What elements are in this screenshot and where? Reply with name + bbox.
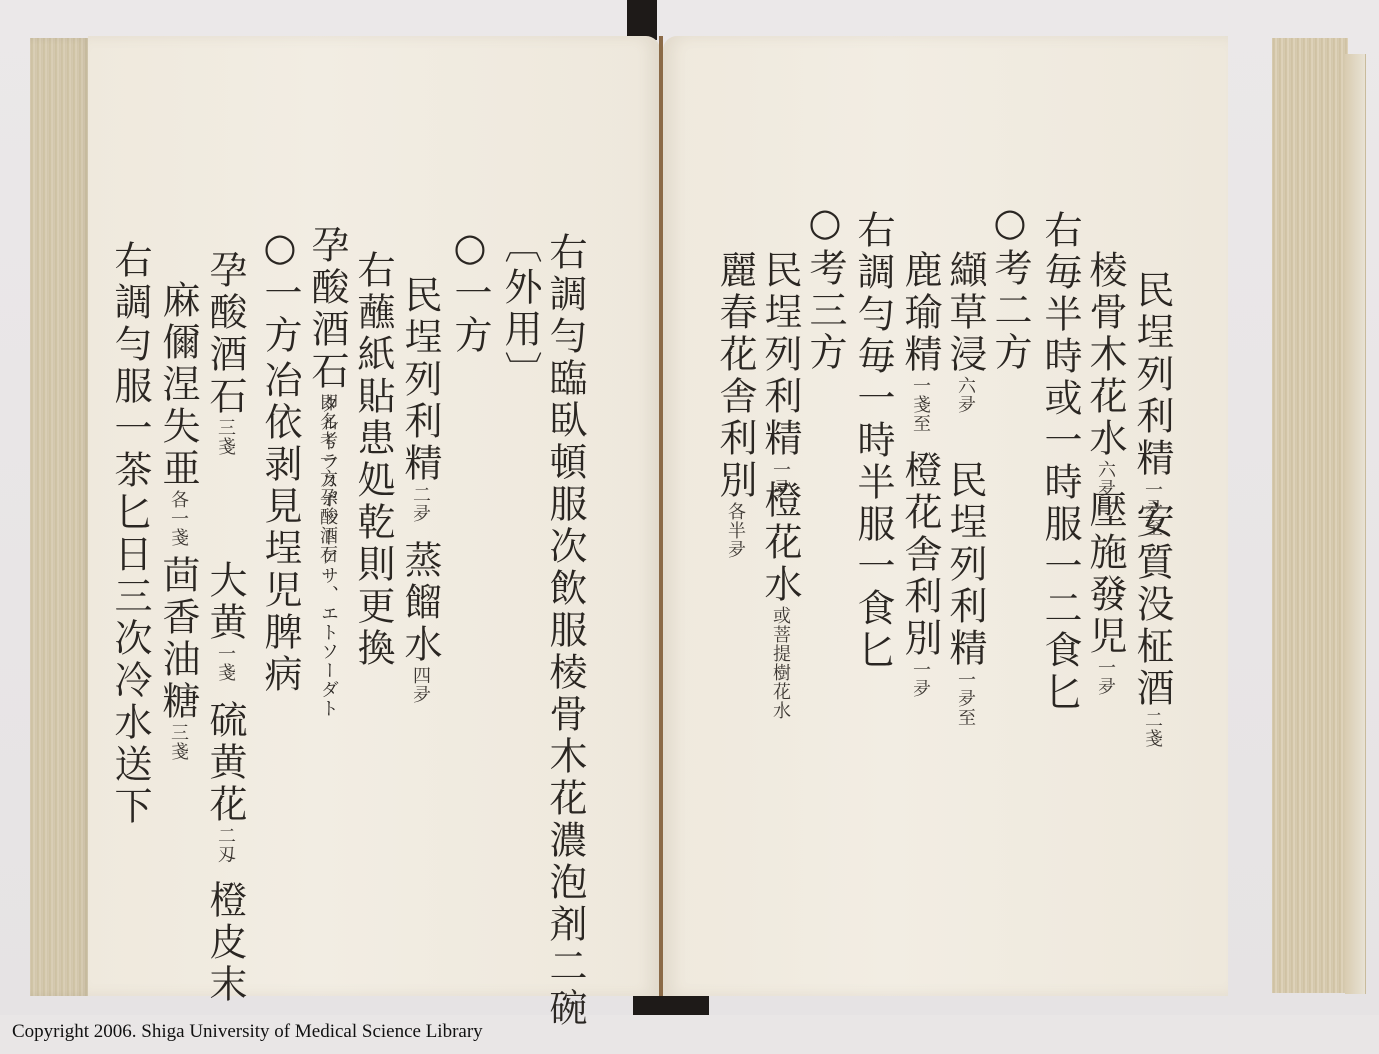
column-main-text: 棱骨木花水 bbox=[1083, 250, 1127, 460]
column-main-text: 民埕列利精 bbox=[398, 275, 442, 485]
column-main-text: 〔外用〕 bbox=[498, 225, 542, 393]
text-column: 民埕列利精一夛至 bbox=[1130, 270, 1174, 537]
column-main-text: 橙花舎利別 bbox=[898, 450, 942, 660]
text-column: 右調勻服一茶匕日三次冷水送下 bbox=[108, 240, 152, 828]
column-main-text: 安質没柾酒 bbox=[1130, 500, 1174, 710]
column-main-text: 大黄 bbox=[203, 560, 247, 644]
column-main-text: 纈草浸 bbox=[943, 250, 987, 376]
column-main-text: ○一方 bbox=[258, 225, 302, 357]
text-column: 民埕列利精二夛 bbox=[398, 275, 442, 523]
column-main-text: ○一方 bbox=[448, 225, 492, 357]
column-dosage-note: 一夛 bbox=[1095, 658, 1116, 696]
text-column: ○考三方 bbox=[803, 200, 847, 374]
text-column: 橙花水或菩提樹花水 bbox=[758, 480, 802, 720]
text-column: 橙皮末 bbox=[203, 880, 247, 1006]
text-column: 大黄一戔 bbox=[203, 560, 247, 682]
text-column: 壓施發児一夛 bbox=[1083, 490, 1127, 696]
column-dosage-note: 六夛 bbox=[955, 376, 976, 414]
column-dosage-note: 二戔 bbox=[1142, 710, 1163, 748]
text-column: 孕酸酒石三戔 bbox=[203, 250, 247, 456]
column-dosage-note: 三戔 bbox=[215, 418, 236, 456]
column-main-text: 壓施發児 bbox=[1083, 490, 1127, 658]
text-column: 麗春花舎利別各半夛 bbox=[713, 250, 757, 559]
column-dosage-note: 一戔 bbox=[215, 644, 236, 682]
column-main-text: 蒸餾水 bbox=[398, 540, 442, 666]
column-dosage-note: 各半夛 bbox=[725, 502, 746, 559]
column-main-text: 冶依剥見埕児脾病 bbox=[258, 360, 302, 696]
right-page-edges bbox=[1272, 38, 1348, 993]
column-main-text: 茴香油糖 bbox=[156, 555, 200, 723]
text-column: ○考二方 bbox=[988, 200, 1032, 374]
column-main-text: 鹿瑜精 bbox=[898, 250, 942, 376]
column-dosage-note: 或菩提樹花水 bbox=[770, 606, 791, 720]
text-column: 安質没柾酒二戔 bbox=[1130, 500, 1174, 748]
right-cover-edge bbox=[1345, 54, 1366, 994]
column-main-text: ○考二方 bbox=[988, 200, 1032, 374]
column-main-text: 橙皮末 bbox=[203, 880, 247, 1006]
text-column: 橙花舎利別一夛 bbox=[898, 450, 942, 698]
copyright-notice: Copyright 2006. Shiga University of Medi… bbox=[12, 1021, 483, 1043]
column-main-text: 孕酸酒石 bbox=[203, 250, 247, 418]
column-main-text: 橙花水 bbox=[758, 480, 802, 606]
column-main-text: ○考三方 bbox=[803, 200, 847, 374]
column-main-text: 民埕列利精 bbox=[943, 460, 987, 670]
text-column: 〔外用〕 bbox=[498, 225, 542, 393]
text-column: 纈草浸六夛 bbox=[943, 250, 987, 414]
text-column: ○一方 bbox=[448, 225, 492, 357]
text-column: 蒸餾水四夛 bbox=[398, 540, 442, 704]
book-gutter bbox=[659, 36, 663, 998]
column-main-text: 右毎半時或一時服一二食匕 bbox=[1038, 210, 1082, 714]
column-dosage-note: 三戔 bbox=[168, 723, 189, 761]
column-main-text: 右調勻臨臥頓服次飲服棱骨木花濃泡剤二碗 bbox=[543, 232, 587, 1030]
katakana-gloss: タルトラスポットアサ、エトソーダト bbox=[318, 395, 338, 718]
left-page-edges bbox=[30, 38, 90, 996]
bookmark-ribbon-bottom bbox=[633, 996, 709, 1015]
column-dosage-note: 一戔至 bbox=[910, 376, 931, 433]
text-column: 右毎半時或一時服一二食匕 bbox=[1038, 210, 1082, 714]
text-column: 民埕列利精一夛 bbox=[758, 250, 802, 498]
column-dosage-note: 二刄 bbox=[215, 826, 236, 864]
text-column: 鹿瑜精一戔至 bbox=[898, 250, 942, 433]
text-column: 右蘸紙貼患処乾則更換 bbox=[351, 250, 395, 670]
column-main-text: 民埕列利精 bbox=[758, 250, 802, 460]
text-column: 民埕列利精一夛至 bbox=[943, 460, 987, 727]
column-dosage-note: 四夛 bbox=[410, 666, 431, 704]
text-column: 茴香油糖三戔 bbox=[156, 555, 200, 761]
column-main-text: 麗春花舎利別 bbox=[713, 250, 757, 502]
text-column: 右調勻臨臥頓服次飲服棱骨木花濃泡剤二碗 bbox=[543, 232, 587, 1030]
column-main-text: 右調勻毎一時半服一食匕 bbox=[851, 210, 895, 672]
column-dosage-note: 一夛至 bbox=[955, 670, 976, 727]
column-dosage-note: 一夛 bbox=[910, 660, 931, 698]
column-main-text: 右蘸紙貼患処乾則更換 bbox=[351, 250, 395, 670]
text-column: ○一方 bbox=[258, 225, 302, 357]
column-main-text: 民埕列利精 bbox=[1130, 270, 1174, 480]
text-column: 麻儞涅失亜各一戔 bbox=[156, 280, 200, 547]
text-column: 冶依剥見埕児脾病 bbox=[258, 360, 302, 696]
column-dosage-note: 各一戔 bbox=[168, 490, 189, 547]
text-column: 右調勻毎一時半服一食匕 bbox=[851, 210, 895, 672]
text-column: 棱骨木花水六夛 bbox=[1083, 250, 1127, 498]
column-main-text: 孕酸酒石 bbox=[305, 225, 349, 393]
column-dosage-note: 二夛 bbox=[410, 485, 431, 523]
text-column: 硫黄花二刄 bbox=[203, 700, 247, 864]
bookmark-ribbon-top bbox=[627, 0, 657, 40]
photo-scene: 民埕列利精一夛至安質没柾酒二戔棱骨木花水六夛壓施發児一夛右毎半時或一時服一二食匕… bbox=[0, 0, 1379, 1015]
column-main-text: 右調勻服一茶匕日三次冷水送下 bbox=[108, 240, 152, 828]
column-main-text: 硫黄花 bbox=[203, 700, 247, 826]
column-main-text: 麻儞涅失亜 bbox=[156, 280, 200, 490]
